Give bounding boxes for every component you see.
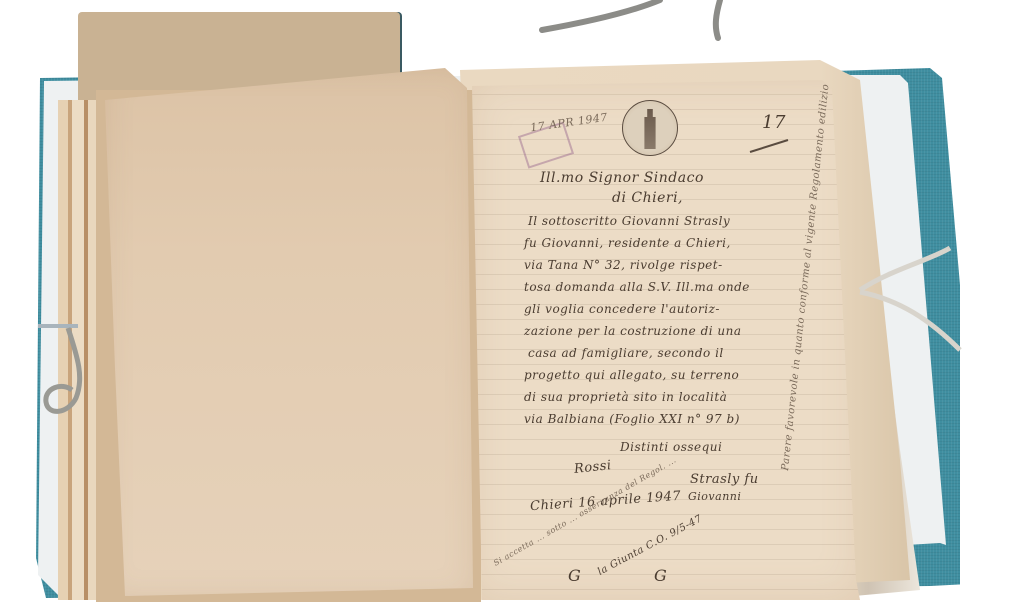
- folder-string-tie-top: [536, 0, 736, 50]
- body-line: fu Giovanni, residente a Chieri,: [524, 236, 731, 250]
- body-line: zazione per la costruzione di una: [524, 324, 742, 338]
- body-line: Il sottoscritto Giovanni Strasly: [528, 214, 730, 228]
- body-line: tosa domanda alla S.V. Ill.ma onde: [524, 280, 750, 294]
- salutation-line-2: di Chieri,: [612, 190, 683, 206]
- body-line: di sua proprietà sito in località: [524, 390, 727, 404]
- page-number: 17: [762, 112, 786, 133]
- municipal-emblem-icon: [622, 100, 678, 156]
- folder-string-tie-right: [850, 230, 970, 360]
- body-line: via Balbiana (Foglio XXI n° 97 b): [524, 412, 740, 426]
- closing: Distinti ossequi: [620, 440, 722, 454]
- blank-left-page: [105, 68, 473, 598]
- signature-line-1: Strasly fu: [690, 472, 759, 487]
- folder-string-tie-left: [38, 318, 86, 438]
- body-line: gli voglia concedere l'autoriz-: [524, 302, 720, 316]
- body-line: progetto qui allegato, su terreno: [524, 368, 739, 382]
- initial-mark: G: [568, 566, 581, 585]
- body-line: via Tana N° 32, rivolge rispet-: [524, 258, 723, 272]
- body-line: casa ad famigliare, secondo il: [528, 346, 724, 360]
- underline-stroke: [748, 138, 792, 154]
- salutation-line-1: Ill.mo Signor Sindaco: [540, 170, 704, 186]
- initial-mark: G: [654, 566, 667, 585]
- signature-line-2: Giovanni: [688, 490, 741, 503]
